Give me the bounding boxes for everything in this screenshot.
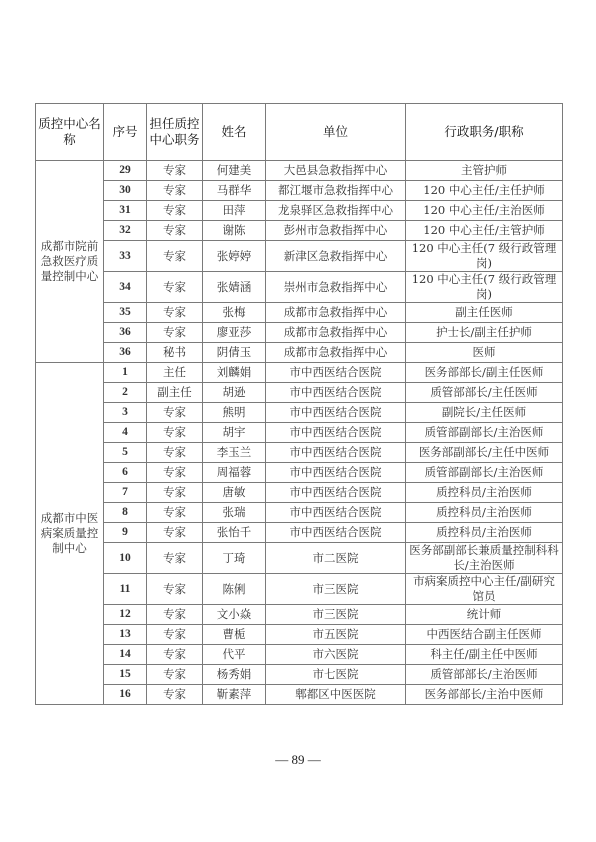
- role-cell: 秘书: [147, 343, 203, 363]
- title-cell: 医务部部长/主治中医师: [406, 685, 563, 705]
- page-number: — 89 —: [0, 752, 596, 768]
- seq-cell: 2: [104, 383, 147, 403]
- table-row: 35 专家 张梅 成都市急救指挥中心 副主任医师: [36, 303, 563, 323]
- seq-cell: 11: [104, 574, 147, 605]
- role-cell: 专家: [147, 483, 203, 503]
- unit-cell: 龙泉驿区急救指挥中心: [266, 201, 406, 221]
- name-cell: 李玉兰: [203, 443, 266, 463]
- role-cell: 专家: [147, 272, 203, 303]
- role-cell: 副主任: [147, 383, 203, 403]
- unit-cell: 市中西医结合医院: [266, 523, 406, 543]
- unit-cell: 成都市急救指挥中心: [266, 303, 406, 323]
- seq-cell: 9: [104, 523, 147, 543]
- unit-cell: 郫都区中医医院: [266, 685, 406, 705]
- role-cell: 专家: [147, 503, 203, 523]
- role-cell: 专家: [147, 323, 203, 343]
- table-row: 12 专家 文小焱 市三医院 统计师: [36, 605, 563, 625]
- role-cell: 专家: [147, 665, 203, 685]
- seq-cell: 12: [104, 605, 147, 625]
- unit-cell: 都江堰市急救指挥中心: [266, 181, 406, 201]
- title-cell: 统计师: [406, 605, 563, 625]
- unit-cell: 市中西医结合医院: [266, 483, 406, 503]
- seq-cell: 8: [104, 503, 147, 523]
- role-cell: 专家: [147, 645, 203, 665]
- unit-cell: 崇州市急救指挥中心: [266, 272, 406, 303]
- unit-cell: 市七医院: [266, 665, 406, 685]
- role-cell: 专家: [147, 463, 203, 483]
- seq-cell: 35: [104, 303, 147, 323]
- title-cell: 医务部部长/副主任医师: [406, 363, 563, 383]
- seq-cell: 30: [104, 181, 147, 201]
- name-cell: 马群华: [203, 181, 266, 201]
- table-row: 32 专家 谢陈 彭州市急救指挥中心 120 中心主任/主管护师: [36, 221, 563, 241]
- name-cell: 胡逊: [203, 383, 266, 403]
- title-cell: 质管部副部长/主治医师: [406, 463, 563, 483]
- center-name-cell: 成都市中医病案质量控制中心: [36, 363, 104, 705]
- unit-cell: 市中西医结合医院: [266, 423, 406, 443]
- table-row: 14 专家 代平 市六医院 科主任/副主任中医师: [36, 645, 563, 665]
- seq-cell: 5: [104, 443, 147, 463]
- role-cell: 主任: [147, 363, 203, 383]
- name-cell: 阴倩玉: [203, 343, 266, 363]
- name-cell: 张婧涵: [203, 272, 266, 303]
- unit-cell: 市中西医结合医院: [266, 463, 406, 483]
- seq-cell: 14: [104, 645, 147, 665]
- name-cell: 文小焱: [203, 605, 266, 625]
- title-cell: 120 中心主任(7 级行政管理岗): [406, 272, 563, 303]
- unit-cell: 市二医院: [266, 543, 406, 574]
- name-cell: 代平: [203, 645, 266, 665]
- table-row: 30 专家 马群华 都江堰市急救指挥中心 120 中心主任/主任护师: [36, 181, 563, 201]
- role-cell: 专家: [147, 543, 203, 574]
- header-seq: 序号: [104, 104, 147, 161]
- table-row: 10 专家 丁琦 市二医院 医务部副部长兼质量控制科科长/主治医师: [36, 543, 563, 574]
- unit-cell: 市中西医结合医院: [266, 503, 406, 523]
- table-row: 9 专家 张怡千 市中西医结合医院 质控科员/主治医师: [36, 523, 563, 543]
- name-cell: 周福蓉: [203, 463, 266, 483]
- role-cell: 专家: [147, 443, 203, 463]
- title-cell: 质管部部长/主任医师: [406, 383, 563, 403]
- unit-cell: 市中西医结合医院: [266, 403, 406, 423]
- table-row: 11 专家 陈俐 市三医院 市病案质控中心主任/副研究馆员: [36, 574, 563, 605]
- title-cell: 质控科员/主治医师: [406, 523, 563, 543]
- table-row: 36 秘书 阴倩玉 成都市急救指挥中心 医师: [36, 343, 563, 363]
- role-cell: 专家: [147, 221, 203, 241]
- header-title: 行政职务/职称: [406, 104, 563, 161]
- title-cell: 副主任医师: [406, 303, 563, 323]
- unit-cell: 市五医院: [266, 625, 406, 645]
- table-row: 7 专家 唐敏 市中西医结合医院 质控科员/主治医师: [36, 483, 563, 503]
- unit-cell: 市六医院: [266, 645, 406, 665]
- table-row: 成都市院前急救医疗质量控制中心 29 专家 何建美 大邑县急救指挥中心 主管护师: [36, 161, 563, 181]
- role-cell: 专家: [147, 303, 203, 323]
- seq-cell: 10: [104, 543, 147, 574]
- unit-cell: 市中西医结合医院: [266, 443, 406, 463]
- title-cell: 质管部副部长/主治医师: [406, 423, 563, 443]
- center-name-cell: 成都市院前急救医疗质量控制中心: [36, 161, 104, 363]
- role-cell: 专家: [147, 605, 203, 625]
- title-cell: 主管护师: [406, 161, 563, 181]
- name-cell: 张怡千: [203, 523, 266, 543]
- unit-cell: 新津区急救指挥中心: [266, 241, 406, 272]
- table-row: 5 专家 李玉兰 市中西医结合医院 医务部副部长/主任中医师: [36, 443, 563, 463]
- unit-cell: 市三医院: [266, 574, 406, 605]
- title-cell: 质管部部长/主治医师: [406, 665, 563, 685]
- title-cell: 副院长/主任医师: [406, 403, 563, 423]
- unit-cell: 成都市急救指挥中心: [266, 343, 406, 363]
- unit-cell: 大邑县急救指挥中心: [266, 161, 406, 181]
- seq-cell: 32: [104, 221, 147, 241]
- table-row: 8 专家 张瑞 市中西医结合医院 质控科员/主治医师: [36, 503, 563, 523]
- unit-cell: 市中西医结合医院: [266, 383, 406, 403]
- table-row: 36 专家 廖亚莎 成都市急救指挥中心 护士长/副主任护师: [36, 323, 563, 343]
- title-cell: 120 中心主任/主任护师: [406, 181, 563, 201]
- table-row: 成都市中医病案质量控制中心 1 主任 刘麟娟 市中西医结合医院 医务部部长/副主…: [36, 363, 563, 383]
- name-cell: 杨秀娟: [203, 665, 266, 685]
- name-cell: 张瑞: [203, 503, 266, 523]
- name-cell: 何建美: [203, 161, 266, 181]
- unit-cell: 成都市急救指挥中心: [266, 323, 406, 343]
- role-cell: 专家: [147, 403, 203, 423]
- quality-control-roster-table: 质控中心名称 序号 担任质控中心职务 姓名 单位 行政职务/职称 成都市院前急救…: [35, 103, 563, 705]
- title-cell: 医务部副部长/主任中医师: [406, 443, 563, 463]
- document-page: 质控中心名称 序号 担任质控中心职务 姓名 单位 行政职务/职称 成都市院前急救…: [0, 0, 596, 842]
- table-row: 34 专家 张婧涵 崇州市急救指挥中心 120 中心主任(7 级行政管理岗): [36, 272, 563, 303]
- role-cell: 专家: [147, 181, 203, 201]
- title-cell: 中西医结合副主任医师: [406, 625, 563, 645]
- role-cell: 专家: [147, 423, 203, 443]
- title-cell: 质控科员/主治医师: [406, 483, 563, 503]
- name-cell: 张梅: [203, 303, 266, 323]
- name-cell: 陈俐: [203, 574, 266, 605]
- seq-cell: 31: [104, 201, 147, 221]
- title-cell: 120 中心主任(7 级行政管理岗): [406, 241, 563, 272]
- unit-cell: 市三医院: [266, 605, 406, 625]
- table-row: 3 专家 熊明 市中西医结合医院 副院长/主任医师: [36, 403, 563, 423]
- seq-cell: 16: [104, 685, 147, 705]
- seq-cell: 3: [104, 403, 147, 423]
- title-cell: 120 中心主任/主管护师: [406, 221, 563, 241]
- title-cell: 120 中心主任/主治医师: [406, 201, 563, 221]
- name-cell: 刘麟娟: [203, 363, 266, 383]
- name-cell: 胡宇: [203, 423, 266, 443]
- header-name: 姓名: [203, 104, 266, 161]
- table-row: 15 专家 杨秀娟 市七医院 质管部部长/主治医师: [36, 665, 563, 685]
- seq-cell: 33: [104, 241, 147, 272]
- header-role: 担任质控中心职务: [147, 104, 203, 161]
- seq-cell: 13: [104, 625, 147, 645]
- seq-cell: 1: [104, 363, 147, 383]
- title-cell: 质控科员/主治医师: [406, 503, 563, 523]
- name-cell: 田萍: [203, 201, 266, 221]
- table-row: 4 专家 胡宇 市中西医结合医院 质管部副部长/主治医师: [36, 423, 563, 443]
- title-cell: 医师: [406, 343, 563, 363]
- title-cell: 市病案质控中心主任/副研究馆员: [406, 574, 563, 605]
- table-row: 16 专家 靳素萍 郫都区中医医院 医务部部长/主治中医师: [36, 685, 563, 705]
- title-cell: 科主任/副主任中医师: [406, 645, 563, 665]
- role-cell: 专家: [147, 241, 203, 272]
- name-cell: 谢陈: [203, 221, 266, 241]
- name-cell: 廖亚莎: [203, 323, 266, 343]
- table-row: 31 专家 田萍 龙泉驿区急救指挥中心 120 中心主任/主治医师: [36, 201, 563, 221]
- role-cell: 专家: [147, 625, 203, 645]
- seq-cell: 34: [104, 272, 147, 303]
- role-cell: 专家: [147, 201, 203, 221]
- header-center: 质控中心名称: [36, 104, 104, 161]
- seq-cell: 4: [104, 423, 147, 443]
- table-row: 33 专家 张婷婷 新津区急救指挥中心 120 中心主任(7 级行政管理岗): [36, 241, 563, 272]
- role-cell: 专家: [147, 161, 203, 181]
- seq-cell: 29: [104, 161, 147, 181]
- unit-cell: 市中西医结合医院: [266, 363, 406, 383]
- seq-cell: 36: [104, 323, 147, 343]
- name-cell: 熊明: [203, 403, 266, 423]
- role-cell: 专家: [147, 685, 203, 705]
- seq-cell: 7: [104, 483, 147, 503]
- role-cell: 专家: [147, 523, 203, 543]
- title-cell: 护士长/副主任护师: [406, 323, 563, 343]
- name-cell: 曹栀: [203, 625, 266, 645]
- table-row: 13 专家 曹栀 市五医院 中西医结合副主任医师: [36, 625, 563, 645]
- table-row: 6 专家 周福蓉 市中西医结合医院 质管部副部长/主治医师: [36, 463, 563, 483]
- seq-cell: 15: [104, 665, 147, 685]
- header-unit: 单位: [266, 104, 406, 161]
- table-row: 2 副主任 胡逊 市中西医结合医院 质管部部长/主任医师: [36, 383, 563, 403]
- title-cell: 医务部副部长兼质量控制科科长/主治医师: [406, 543, 563, 574]
- name-cell: 张婷婷: [203, 241, 266, 272]
- role-cell: 专家: [147, 574, 203, 605]
- name-cell: 丁琦: [203, 543, 266, 574]
- seq-cell: 6: [104, 463, 147, 483]
- name-cell: 靳素萍: [203, 685, 266, 705]
- header-row: 质控中心名称 序号 担任质控中心职务 姓名 单位 行政职务/职称: [36, 104, 563, 161]
- name-cell: 唐敏: [203, 483, 266, 503]
- unit-cell: 彭州市急救指挥中心: [266, 221, 406, 241]
- seq-cell: 36: [104, 343, 147, 363]
